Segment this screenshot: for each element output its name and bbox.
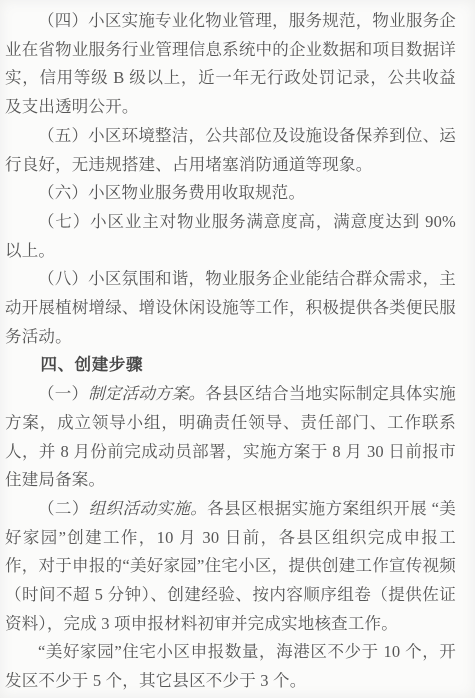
step-lead: 组织活动实施。 [89, 499, 207, 518]
criteria-paragraph-6: （六）小区物业服务费用收取规范。 [5, 179, 456, 208]
criteria-paragraph-8: （八）小区氛围和谐，物业服务企业能结合群众需求，主动开展植树增绿、增设休闲设施等… [5, 265, 456, 351]
step-lead: 制定活动方案。 [88, 384, 205, 403]
step-paragraph-1: （一）制定活动方案。各县区结合当地实际制定具体实施方案，成立领导小组，明确责任领… [5, 380, 456, 495]
closing-paragraph: “美好家园”住宅小区申报数量，海港区不少于 10 个，开发区不少于 5 个，其它… [5, 638, 456, 695]
section-heading: 四、创建步骤 [5, 351, 456, 380]
step-prefix: （一） [38, 384, 88, 403]
criteria-paragraph-4: （四）小区实施专业化物业管理，服务规范，物业服务企业在省物业服务行业管理信息系统… [5, 7, 456, 122]
criteria-paragraph-5: （五）小区环境整洁，公共部位及设施设备保养到位、运行良好，无违规搭建、占用堵塞消… [5, 122, 456, 179]
step-text: 各县区根据实施方案组织开展 “美好家园”创建工作，10 月 30 日前，各县区组… [5, 499, 456, 633]
step-prefix: （二） [38, 499, 89, 518]
document-page: （四）小区实施专业化物业管理，服务规范，物业服务企业在省物业服务行业管理信息系统… [0, 0, 475, 698]
criteria-paragraph-7: （七）小区业主对物业服务满意度高，满意度达到 90%以上。 [5, 208, 456, 265]
step-paragraph-2: （二）组织活动实施。各县区根据实施方案组织开展 “美好家园”创建工作，10 月 … [5, 495, 456, 639]
